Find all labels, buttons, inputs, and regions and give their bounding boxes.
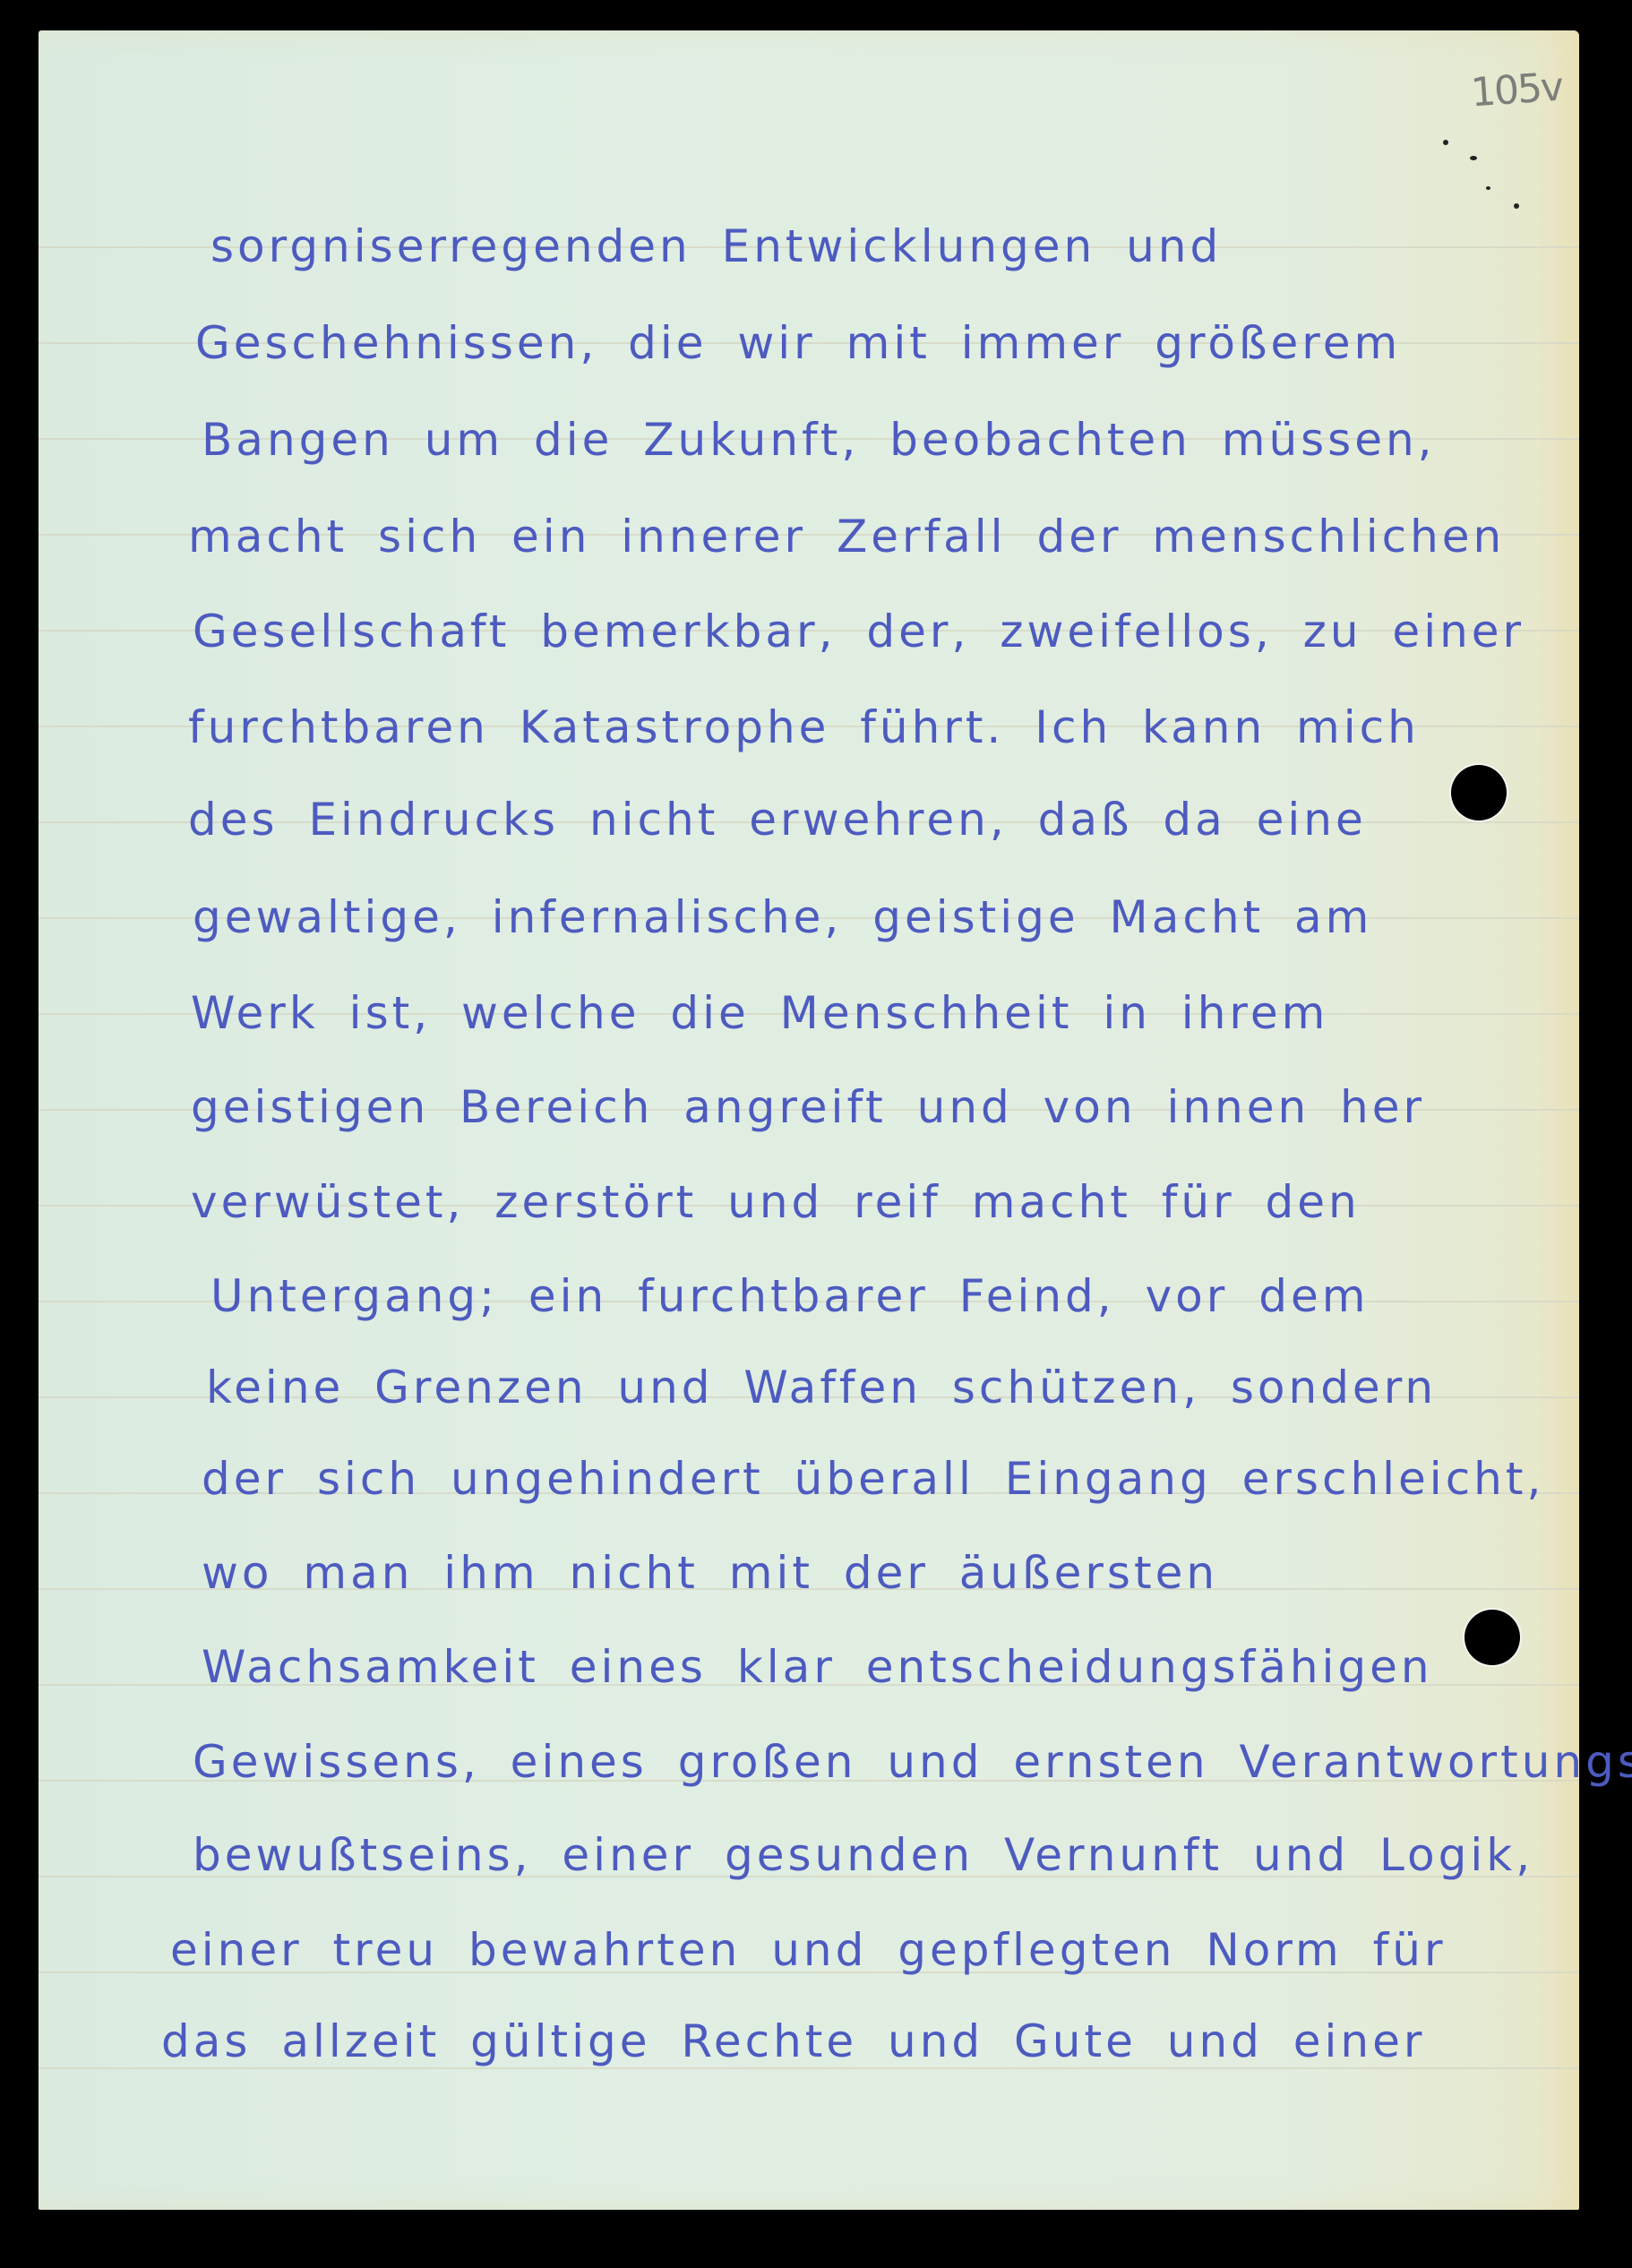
- text-line: gewaltige, infernalische, geistige Macht…: [193, 891, 1372, 943]
- handwritten-text: sorgniserregenden Entwicklungen und Gesc…: [0, 0, 1632, 2268]
- text-line: wo man ihm nicht mit der äußersten: [202, 1547, 1218, 1599]
- text-line: Bangen um die Zukunft, beobachten müssen…: [202, 414, 1436, 466]
- text-line: der sich ungehindert überall Eingang ers…: [202, 1453, 1544, 1505]
- text-line: macht sich ein innerer Zerfall der mensc…: [188, 511, 1505, 563]
- text-line: Wachsamkeit eines klar entscheidungsfähi…: [202, 1641, 1433, 1693]
- text-line: furchtbaren Katastrophe führt. Ich kann …: [188, 701, 1420, 753]
- text-line: keine Grenzen und Waffen schützen, sonde…: [206, 1362, 1437, 1413]
- text-line: sorgniserregenden Entwicklungen und: [210, 220, 1222, 272]
- text-line: geistigen Bereich angreift und von innen…: [191, 1081, 1425, 1133]
- text-line: Werk ist, welche die Menschheit in ihrem: [191, 987, 1328, 1039]
- punch-hole: [1451, 765, 1507, 820]
- text-line: Geschehnissen, die wir mit immer größere…: [195, 317, 1401, 369]
- text-line: das allzeit gültige Rechte und Gute und …: [161, 2015, 1425, 2067]
- text-line: verwüstet, zerstört und reif macht für d…: [191, 1176, 1361, 1228]
- text-line: Gewissens, eines großen und ernsten Vera…: [193, 1736, 1632, 1788]
- text-line: bewußtseins, einer gesunden Vernunft und…: [193, 1829, 1533, 1881]
- text-line: Untergang; ein furchtbarer Feind, vor de…: [210, 1270, 1369, 1322]
- text-line: des Eindrucks nicht erwehren, daß da ein…: [188, 794, 1367, 846]
- text-line: einer treu bewahrten und gepflegten Norm…: [170, 1924, 1447, 1976]
- text-line: Gesellschaft bemerkbar, der, zweifellos,…: [193, 606, 1525, 657]
- punch-hole: [1465, 1610, 1520, 1665]
